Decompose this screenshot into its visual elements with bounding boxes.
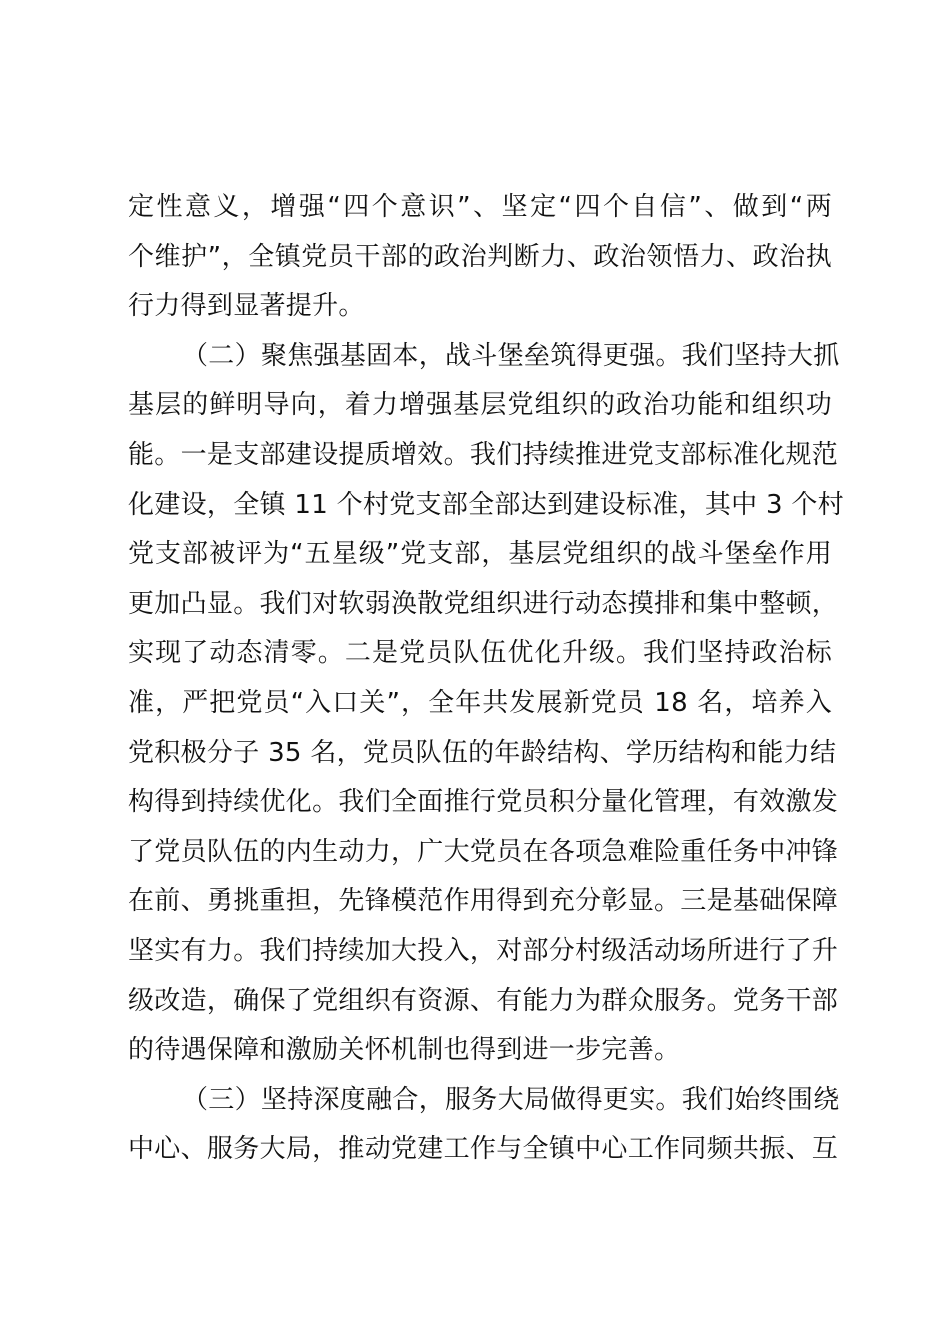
text-line: 在前、勇挑重担，先锋模范作用得到充分彰显。三是基础保障 (128, 877, 832, 927)
text-line: 能。一是支部建设提质增效。我们持续推进党支部标准化规范 (128, 431, 832, 481)
text-line: 更加凸显。我们对软弱涣散党组织进行动态摸排和集中整顿， (128, 580, 832, 630)
text-line: 坚实有力。我们持续加大投入，对部分村级活动场所进行了升 (128, 927, 832, 977)
section-heading-line: （二）聚焦强基固本，战斗堡垒筑得更强。我们坚持大抓 (128, 332, 832, 382)
text-line: 构得到持续优化。我们全面推行党员积分量化管理，有效激发 (128, 778, 832, 828)
text-line: 党积极分子 35 名，党员队伍的年龄结构、学历结构和能力结 (128, 729, 832, 779)
text-line: 定性意义，增强“四个意识”、坚定“四个自信”、做到“两 (128, 183, 832, 233)
paragraph-continuation: 定性意义，增强“四个意识”、坚定“四个自信”、做到“两 个维护”，全镇党员干部的… (128, 183, 832, 332)
text-line: 党支部被评为“五星级”党支部，基层党组织的战斗堡垒作用 (128, 530, 832, 580)
document-page: 定性意义，增强“四个意识”、坚定“四个自信”、做到“两 个维护”，全镇党员干部的… (128, 183, 832, 1175)
text-line: 实现了动态清零。二是党员队伍优化升级。我们坚持政治标 (128, 629, 832, 679)
text-line: 中心、服务大局，推动党建工作与全镇中心工作同频共振、互 (128, 1125, 832, 1175)
section-3-paragraph: （三）坚持深度融合，服务大局做得更实。我们始终围绕 中心、服务大局，推动党建工作… (128, 1076, 832, 1175)
section-2-paragraph: （二）聚焦强基固本，战斗堡垒筑得更强。我们坚持大抓 基层的鲜明导向，着力增强基层… (128, 332, 832, 1076)
text-line: 级改造，确保了党组织有资源、有能力为群众服务。党务干部 (128, 977, 832, 1027)
text-line: 个维护”，全镇党员干部的政治判断力、政治领悟力、政治执 (128, 233, 832, 283)
text-line: 的待遇保障和激励关怀机制也得到进一步完善。 (128, 1026, 832, 1076)
section-heading-line: （三）坚持深度融合，服务大局做得更实。我们始终围绕 (128, 1076, 832, 1126)
text-line: 准，严把党员“入口关”，全年共发展新党员 18 名，培养入 (128, 679, 832, 729)
text-line: 行力得到显著提升。 (128, 282, 832, 332)
text-line: 了党员队伍的内生动力，广大党员在各项急难险重任务中冲锋 (128, 828, 832, 878)
text-line: 化建设，全镇 11 个村党支部全部达到建设标准，其中 3 个村 (128, 481, 832, 531)
text-line: 基层的鲜明导向，着力增强基层党组织的政治功能和组织功 (128, 381, 832, 431)
